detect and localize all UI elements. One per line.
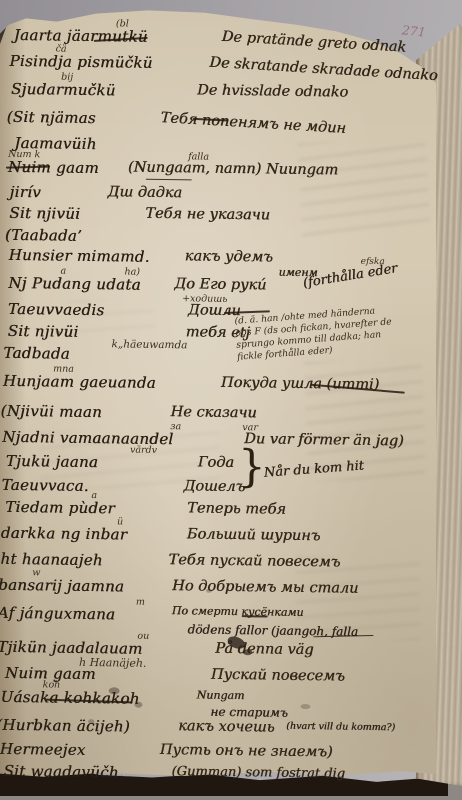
handwriting-layer: 271 (bl Jaarta jäarmutkü De pratände gre…: [0, 0, 436, 800]
lapp-word: ht haanaajeh: [0, 550, 103, 569]
ink-underline: [146, 179, 192, 181]
photographed-manuscript: 271 (bl Jaarta jäarmutkü De pratände gre…: [0, 0, 462, 800]
manuscript-line: m Af jánguxmana По смерти кусёнками döde…: [0, 604, 428, 630]
interlinear-note: k„häeuwamda: [111, 338, 187, 351]
manuscript-line: Num k falla Nuim gaam (Nungaam, namn) Nu…: [0, 158, 434, 184]
lapp-word: Sit waadavüčh.: [3, 762, 124, 782]
manuscript-line: Sit waadavüčh. (Gumman) som fostrat dig: [0, 762, 426, 788]
lapp-word: (Sit njämas: [7, 108, 96, 127]
lapp-word: Hunjaam gaeuanda: [3, 372, 156, 392]
manuscript-line: ü darkka ng inbar Больший шуринъ: [0, 524, 429, 550]
lapp-word: Taeuvvaca.: [1, 476, 89, 495]
gloss-text: (hvart vill du komma?): [286, 721, 395, 734]
gloss-text: Тебя пускай повесемъ: [168, 552, 340, 570]
gloss-text: Но добрыемъ мы стали: [172, 578, 358, 597]
lapp-word: Af jánguxmana: [0, 604, 115, 624]
ink-blot: [134, 702, 142, 708]
gloss-text: какъ удемъ: [185, 248, 273, 265]
ink-blot: [88, 719, 94, 724]
lapp-word: (Hurbkan äcijeh): [0, 716, 130, 736]
gloss-text: De skratande skradade odnako: [209, 55, 438, 85]
manuscript-line: w bansarij jaamna Но добрыемъ мы стали: [0, 576, 428, 602]
manuscript-line: (Hurbkan äcijeh) какъ хочешь (hvart vill…: [0, 716, 426, 742]
lapp-word: Tiedam pùder: [5, 498, 115, 518]
gloss-text: По смерти кусёнками: [172, 604, 304, 619]
manuscript-line: a Tiedam pùder Теперь тебя: [0, 498, 429, 524]
ink-blot: [109, 687, 120, 694]
ink-blot: [56, 331, 61, 335]
manuscript-line: värdv Tjukü jaana Года: [0, 452, 430, 478]
lapp-word: Sit njivüi: [8, 322, 79, 341]
lapp-word: Taeuvvaedis: [8, 300, 105, 319]
gloss-text: Тебя попенямъ не мдин: [160, 110, 346, 137]
lapp-word: bansarij jaamna: [0, 576, 124, 596]
gloss-text: Дш дадка: [107, 184, 182, 201]
lapp-word: (Njivüi maan: [0, 402, 102, 421]
lapp-word: Sjudarmučkü: [11, 80, 116, 99]
manuscript-line: ht haanaajeh Тебя пускай повесемъ: [0, 550, 429, 576]
manuscript-line: ou Tjikün jaadalauam På denna väg: [0, 638, 427, 664]
gloss-text: Не сказачи: [170, 404, 256, 421]
gloss-text: Дошелъ: [183, 478, 245, 495]
gloss-text: Теперь тебя: [187, 500, 286, 517]
manuscript-line: bij Sjudarmučkü De hvisslade odnako: [0, 80, 435, 106]
curly-brace: }: [237, 445, 266, 489]
manuscript-line: Jaamavüih: [0, 134, 434, 160]
lapp-word: Nj Pudang udata: [8, 274, 141, 294]
interlinear-note: m: [136, 597, 145, 608]
gloss-text: De pratände greto odnak: [221, 29, 406, 56]
manuscript-line: mna Hunjaam gaeuanda Покуда ушла (ummi): [0, 372, 431, 398]
lapp-word: darkka ng inbar: [1, 524, 128, 544]
lapp-word: Tjukü jaana: [6, 452, 99, 471]
gloss-text: Du var förmer än jag): [244, 431, 404, 449]
lapp-word: jirív: [9, 183, 41, 201]
lapp-word: (Taabada’: [5, 226, 82, 245]
lapp-word: Sit njivüi: [9, 204, 80, 223]
gloss-text: De hvisslade odnako: [197, 82, 348, 100]
gloss-text: (Nungaam, namn) Nuungam: [128, 160, 338, 179]
gloss-text: Тебя не указачи: [145, 206, 270, 224]
manuscript-line: h Haanäjeh. Nuim gaam Пускай повесемъ: [0, 664, 427, 690]
ink-blot: [243, 649, 252, 655]
gloss-text: Больший шуринъ: [187, 526, 321, 544]
gloss-text: какъ хочешь: [178, 718, 275, 735]
gloss-text: До Его руки́: [174, 276, 266, 293]
gloss-text: Пускай повесемъ: [211, 667, 345, 685]
gloss-text: Nungam: [197, 689, 245, 703]
manuscript-line: за var Njadni vamaanaandel Du var förmer…: [0, 428, 430, 454]
gloss-text: не старимъ: [210, 705, 288, 720]
gloss-text: (Gumman) som fostrat dig: [171, 764, 345, 781]
lapp-word: Hermeejex: [0, 740, 86, 759]
gloss-text: Года: [198, 455, 234, 472]
ink-blot: [300, 704, 310, 709]
ink-blot: [206, 589, 212, 593]
lapp-word: Jaarta jäarmutkü: [14, 26, 148, 46]
gloss-text: Покуда ушла (ummi): [221, 375, 380, 393]
interlinear-note: värdv: [130, 445, 157, 456]
gloss-text: Пусть онъ не знаемъ): [160, 742, 333, 760]
lapp-word: Pisindja pismüčkü: [9, 52, 152, 72]
lapp-word: Tjikün jaadalauam: [0, 638, 143, 658]
manuscript-line: (Njivüi maan Не сказачи: [0, 402, 431, 428]
lapp-word: Tadbada: [3, 344, 70, 363]
